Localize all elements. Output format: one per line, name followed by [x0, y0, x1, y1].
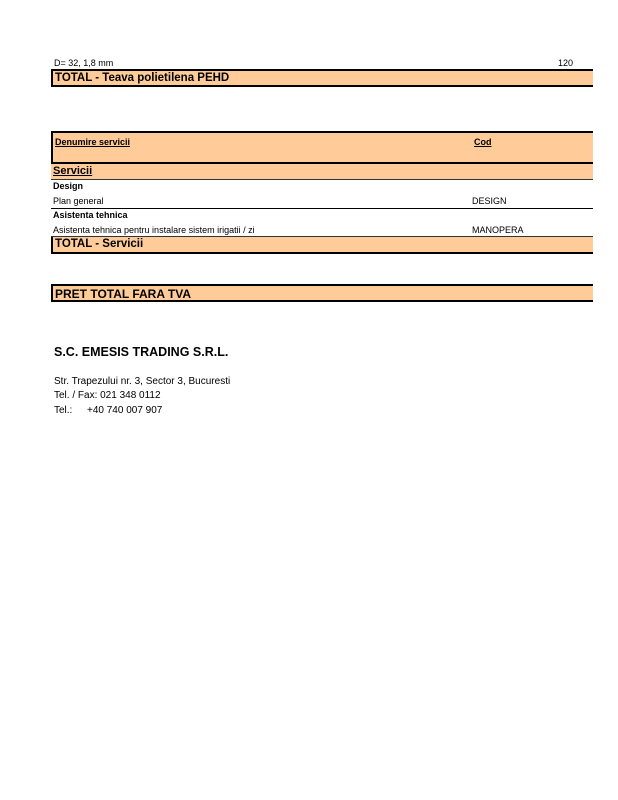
pehd-item-quantity: 120: [558, 58, 573, 68]
company-address: Str. Trapezului nr. 3, Sector 3, Bucures…: [54, 376, 230, 387]
item-code: DESIGN: [472, 196, 507, 206]
header-name: Denumire servicii: [55, 137, 130, 147]
pehd-total-label: TOTAL - Teava polietilena PEHD: [55, 72, 229, 84]
group-label-asistenta: Asistenta tehnica: [53, 210, 128, 220]
company-name: S.C. EMESIS TRADING S.R.L.: [54, 345, 228, 359]
services-section-title: Servicii: [53, 165, 92, 177]
pehd-item-label: D= 32, 1,8 mm: [54, 58, 113, 68]
grand-total-row: PRET TOTAL FARA TVA: [51, 284, 593, 302]
company-phone: +40 740 007 907: [87, 405, 162, 416]
group-row: Asistenta tehnica: [51, 209, 593, 223]
header-code: Cod: [474, 137, 492, 147]
pehd-total-row: TOTAL - Teava polietilena PEHD: [51, 69, 593, 87]
company-phone-label: Tel.:: [54, 405, 72, 416]
services-total-row: TOTAL - Servicii: [51, 237, 593, 254]
item-name: Plan general: [53, 196, 104, 206]
services-total-label: TOTAL - Servicii: [55, 238, 143, 250]
services-section-row: Servicii: [51, 164, 593, 180]
services-header-row: Denumire servicii Cod: [51, 131, 593, 164]
group-label-design: Design: [53, 181, 83, 191]
item-code: MANOPERA: [472, 225, 524, 235]
grand-total-label: PRET TOTAL FARA TVA: [55, 287, 191, 301]
item-name: Asistenta tehnica pentru instalare siste…: [53, 225, 255, 235]
table-row: Asistenta tehnica pentru instalare siste…: [51, 223, 593, 237]
company-phone-fax: Tel. / Fax: 021 348 0112: [54, 390, 161, 401]
table-row: Plan general DESIGN: [51, 194, 593, 209]
group-row: Design: [51, 180, 593, 194]
